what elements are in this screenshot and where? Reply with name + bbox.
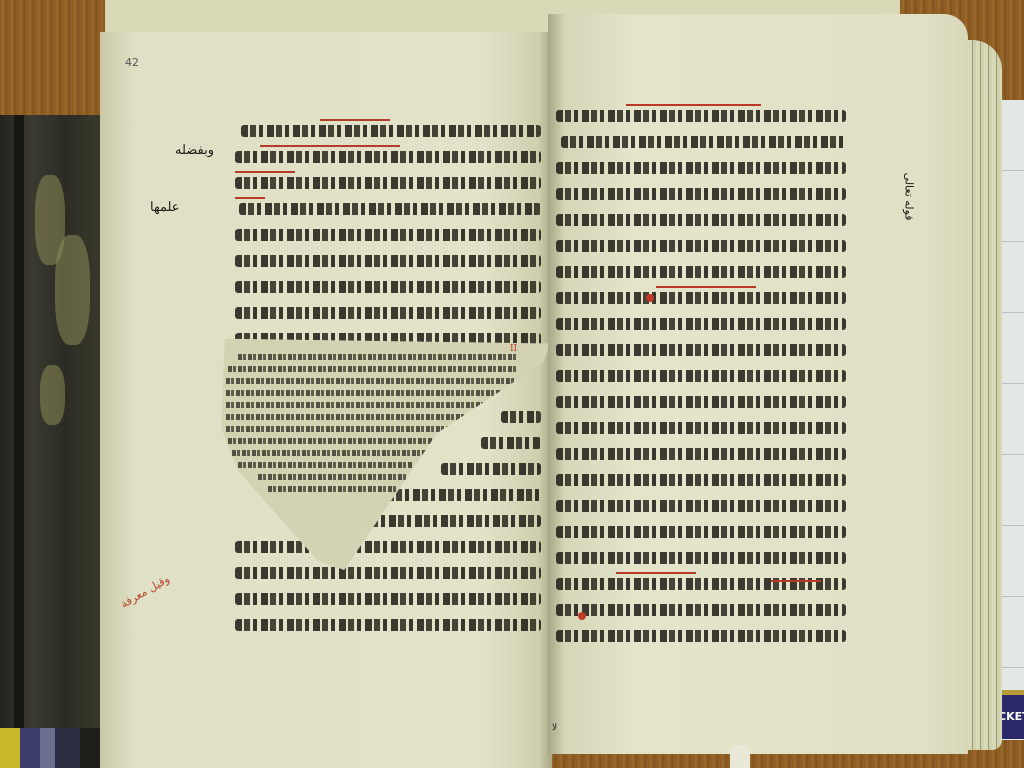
leather-cover xyxy=(0,115,108,740)
folio-number: 42 xyxy=(125,56,139,69)
right-text-block xyxy=(556,110,846,630)
cover-spine xyxy=(14,115,24,740)
bottom-objects xyxy=(0,728,110,768)
margin-note: علمها xyxy=(150,200,180,215)
margin-note: وبفضله xyxy=(175,143,214,158)
bookmark xyxy=(730,745,750,768)
side-book xyxy=(1000,100,1024,740)
slip-marker: II xyxy=(510,344,517,354)
catchword: لا xyxy=(552,723,557,733)
manuscript-photo: CKET 42 وبفضله علمها وقيل معرفة xyxy=(0,0,1024,768)
vertical-margin-note: قوله تعالى xyxy=(902,173,915,221)
